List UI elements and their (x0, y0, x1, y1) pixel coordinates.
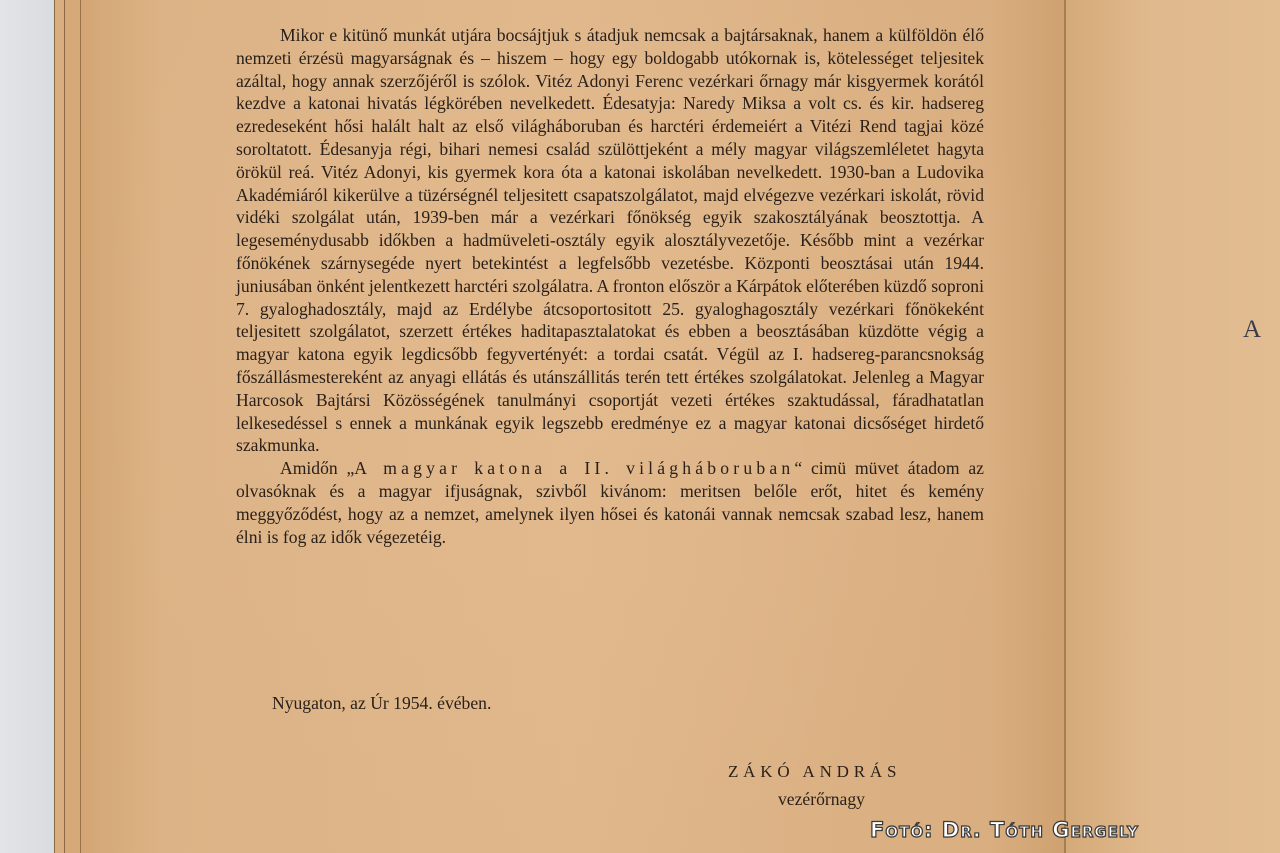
place-date-line: Nyugaton, az Úr 1954. évében. (272, 693, 491, 714)
photo-credit-watermark: Fotó: Dr. Tóth Gergely (870, 818, 1139, 842)
signature-name: ZÁKÓ ANDRÁS (728, 762, 901, 782)
book-page-right (1066, 0, 1280, 853)
book-title-spaced: A magyar katona a II. világháboruban (354, 458, 794, 478)
foreword-body: Mikor e kitünő munkát utjára bocsájtjuk … (236, 24, 984, 548)
paragraph-biography: Mikor e kitünő munkát utjára bocsájtjuk … (236, 24, 984, 457)
paragraph-dedication: Amidőn „A magyar katona a II. világhábor… (236, 457, 984, 548)
signature-rank: vezérőrnagy (778, 789, 865, 810)
right-page-letter: A (1243, 316, 1261, 344)
background-surface (0, 0, 60, 853)
dedication-lead: Amidőn „ (280, 458, 354, 478)
